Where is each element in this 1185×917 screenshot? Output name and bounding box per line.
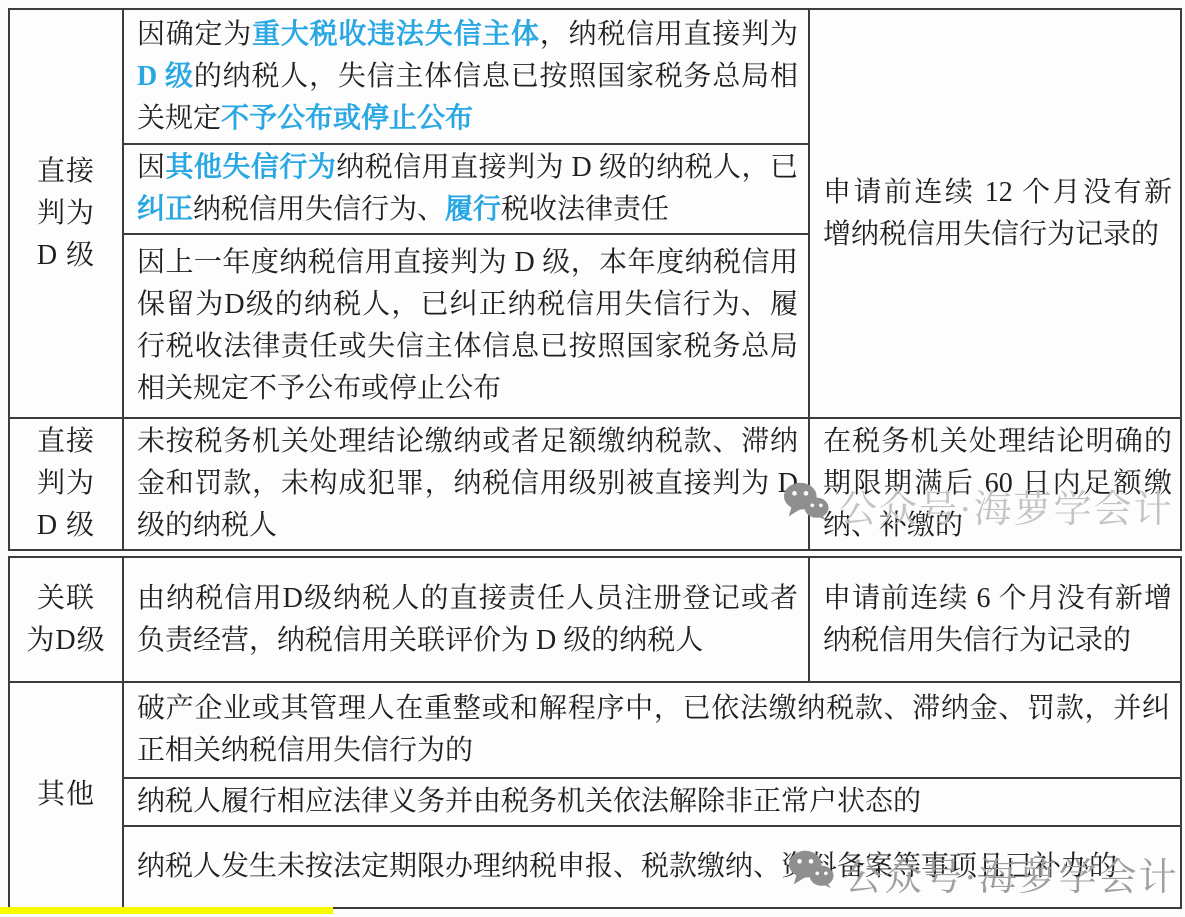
yellow-highlight-bar: [0, 907, 333, 914]
tax-credit-table-part2: 关联 为D级 由纳税信用D级纳税人的直接责任人员注册登记或者负责经营，纳税信用关…: [8, 556, 1182, 909]
category-label-related-d: 关联 为D级: [9, 557, 123, 682]
criteria-text: 因其他失信行为纳税信用直接判为 D 级的纳税人，已纠正纳税信用失信行为、履行税收…: [123, 144, 809, 234]
category-label-direct-d-2: 直接 判为 D 级: [9, 418, 123, 550]
condition-text: 申请前连续 12 个月没有新增纳税信用失信行为记录的: [809, 9, 1181, 418]
tax-credit-table-part1: 直接 判为 D 级 因确定为重大税收违法失信主体，纳税信用直接判为 D 级的纳税…: [8, 8, 1182, 551]
criteria-text: 破产企业或其管理人在重整或和解程序中，已依法缴纳税款、滞纳金、罚款，并纠正相关纳…: [123, 682, 1181, 778]
criteria-text: 未按税务机关处理结论缴纳或者足额缴纳税款、滞纳金和罚款，未构成犯罪，纳税信用级别…: [123, 418, 809, 550]
criteria-text: 因上一年度纳税信用直接判为 D 级，本年度纳税信用保留为D级的纳税人，已纠正纳税…: [123, 234, 809, 418]
criteria-text: 由纳税信用D级纳税人的直接责任人员注册登记或者负责经营，纳税信用关联评价为 D …: [123, 557, 809, 682]
criteria-text: 因确定为重大税收违法失信主体，纳税信用直接判为 D 级的纳税人，失信主体信息已按…: [123, 9, 809, 144]
category-label-other: 其他: [9, 682, 123, 908]
category-label-direct-d-1: 直接 判为 D 级: [9, 9, 123, 418]
criteria-text: 纳税人发生未按法定期限办理纳税申报、税款缴纳、资料备案等事项且已补办的: [123, 826, 1181, 908]
condition-text: 在税务机关处理结论明确的期限期满后 60 日内足额缴纳、补缴的: [809, 418, 1181, 550]
condition-text: 申请前连续 6 个月没有新增纳税信用失信行为记录的: [809, 557, 1181, 682]
criteria-text: 纳税人履行相应法律义务并由税务机关依法解除非正常户状态的: [123, 778, 1181, 826]
